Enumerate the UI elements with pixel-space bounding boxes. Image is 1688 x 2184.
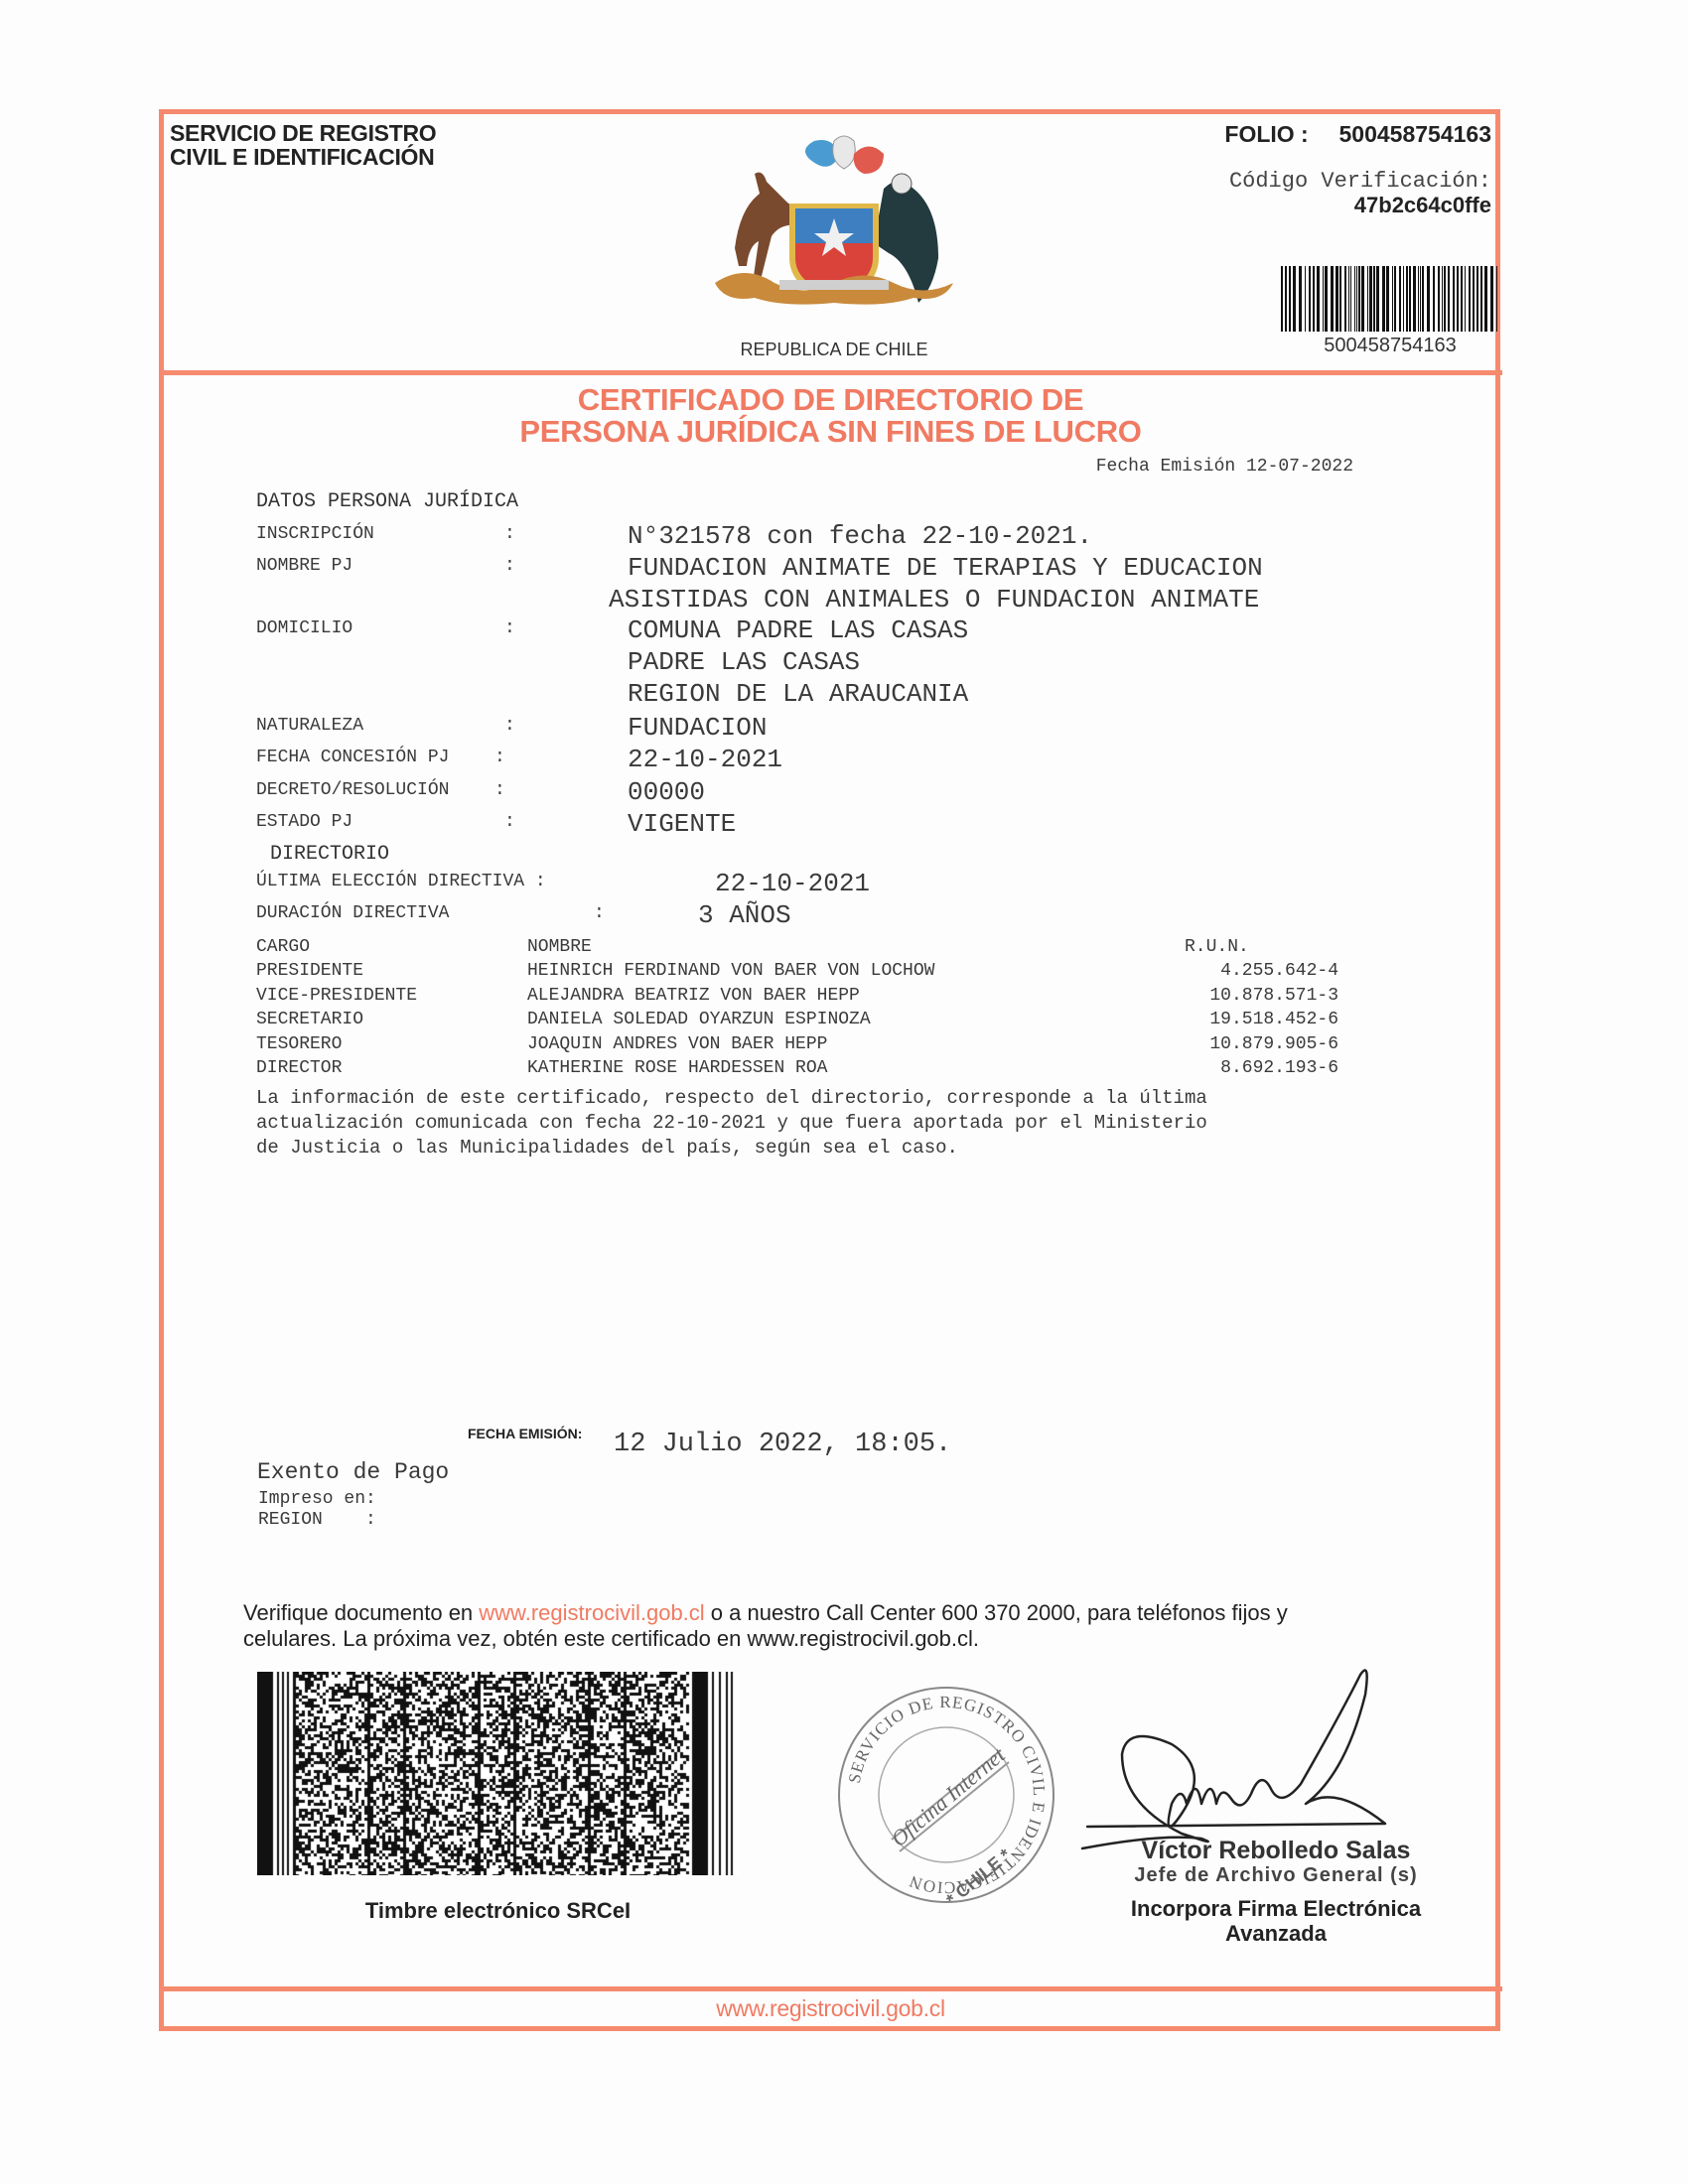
member-cargo: SECRETARIO xyxy=(256,1010,363,1029)
col-cargo: CARGO xyxy=(256,937,310,957)
title-line-2: PERSONA JURÍDICA SIN FINES DE LUCRO xyxy=(159,416,1502,448)
verification-label: Código Verificación: xyxy=(1229,169,1491,194)
duracion-label: DURACIÓN DIRECTIVA xyxy=(256,903,449,923)
field-separator: : xyxy=(504,556,515,576)
verify-suffix: o a nuestro Call Center 600 370 2000, pa… xyxy=(705,1600,1288,1625)
barcode-number: 500458754163 xyxy=(1281,335,1499,357)
region-label: REGION : xyxy=(258,1510,376,1530)
chile-coat-of-arms-icon xyxy=(695,129,973,328)
field-separator: : xyxy=(504,716,515,736)
signer-role: Jefe de Archivo General (s) xyxy=(1072,1864,1479,1887)
title-line-1: CERTIFICADO DE DIRECTORIO DE xyxy=(159,384,1502,416)
field-separator: : xyxy=(504,524,515,544)
field-separator: : xyxy=(504,812,515,832)
directorio-section-title: DIRECTORIO xyxy=(270,843,389,866)
emission-value: 12 Julio 2022, 18:05. xyxy=(614,1430,951,1459)
country-label: REPUBLICA DE CHILE xyxy=(695,340,973,360)
field-label: FECHA CONCESIÓN PJ xyxy=(256,748,449,767)
field-label: NATURALEZA xyxy=(256,716,363,736)
exento-label: Exento de Pago xyxy=(257,1459,449,1485)
folio-value: 500458754163 xyxy=(1339,121,1492,147)
member-run: 4.255.642-4 xyxy=(1220,961,1338,981)
oficina-internet-seal-icon: SERVICIO DE REGISTRO CIVIL E IDENTIFICAC… xyxy=(832,1681,1060,1909)
issuer-line-2: CIVIL E IDENTIFICACIÓN xyxy=(170,145,436,169)
col-nombre: NOMBRE xyxy=(527,937,592,957)
svg-text:Oficina Internet: Oficina Internet xyxy=(887,1741,1011,1850)
member-nombre: HEINRICH FERDINAND VON BAER VON LOCHOW xyxy=(527,961,934,981)
electronic-stamp-barcode xyxy=(257,1672,739,1875)
field-label: DOMICILIO xyxy=(256,618,352,638)
member-cargo: VICE-PRESIDENTE xyxy=(256,986,417,1006)
folio: FOLIO : 500458754163 xyxy=(1224,121,1491,148)
emission-label: FECHA EMISIÓN: xyxy=(468,1426,582,1441)
field-value: 22-10-2021 xyxy=(628,745,782,774)
field-label: ESTADO PJ xyxy=(256,812,352,832)
field-label: NOMBRE PJ xyxy=(256,556,352,576)
field-value: COMUNA PADRE LAS CASAS xyxy=(628,615,968,645)
member-run: 8.692.193-6 xyxy=(1220,1058,1338,1078)
field-value: FUNDACION ANIMATE DE TERAPIAS Y EDUCACIO… xyxy=(628,553,1263,583)
verify-line-2: celulares. La próxima vez, obtén este ce… xyxy=(243,1626,1465,1652)
verify-link[interactable]: www.registrocivil.gob.cl xyxy=(479,1600,704,1625)
field-label: INSCRIPCIÓN xyxy=(256,524,374,544)
col-run: R.U.N. xyxy=(1185,937,1249,957)
footer-divider xyxy=(159,1986,1502,1991)
member-cargo: PRESIDENTE xyxy=(256,961,363,981)
member-cargo: DIRECTOR xyxy=(256,1058,342,1078)
field-value: N°321578 con fecha 22-10-2021. xyxy=(628,521,1092,551)
member-nombre: JOAQUIN ANDRES VON BAER HEPP xyxy=(527,1034,827,1054)
issuer-name: SERVICIO DE REGISTRO CIVIL E IDENTIFICAC… xyxy=(170,121,436,169)
field-value: ASISTIDAS CON ANIMALES O FUNDACION ANIMA… xyxy=(609,585,1259,614)
note-line: de Justicia o las Municipalidades del pa… xyxy=(256,1136,1207,1160)
member-cargo: TESORERO xyxy=(256,1034,342,1054)
firma-electronica-note: Incorpora Firma Electrónica Avanzada xyxy=(1072,1896,1479,1946)
member-run: 19.518.452-6 xyxy=(1209,1010,1338,1029)
directorio-note: La información de este certificado, resp… xyxy=(256,1086,1207,1160)
datos-section-title: DATOS PERSONA JURÍDICA xyxy=(256,490,518,513)
field-value: PADRE LAS CASAS xyxy=(628,647,860,677)
duracion-value: 3 AÑOS xyxy=(698,900,791,930)
field-value: 00000 xyxy=(628,777,705,807)
issuer-line-1: SERVICIO DE REGISTRO xyxy=(170,121,436,145)
firma-line-1: Incorpora Firma Electrónica xyxy=(1072,1896,1479,1921)
signer-name: Víctor Rebolledo Salas xyxy=(1072,1837,1479,1865)
member-nombre: KATHERINE ROSE HARDESSEN ROA xyxy=(527,1058,827,1078)
firma-line-2: Avanzada xyxy=(1072,1921,1479,1946)
verification-code: 47b2c64c0ffe xyxy=(1354,193,1491,218)
member-nombre: DANIELA SOLEDAD OYARZUN ESPINOZA xyxy=(527,1010,871,1029)
field-separator: : xyxy=(504,618,515,638)
impreso-label: Impreso en: xyxy=(258,1489,376,1509)
note-line: actualización comunicada con fecha 22-10… xyxy=(256,1111,1207,1136)
header-divider xyxy=(159,370,1502,375)
field-value: REGION DE LA ARAUCANIA xyxy=(628,679,968,709)
verify-prefix: Verifique documento en xyxy=(243,1600,479,1625)
footer-url-link[interactable]: www.registrocivil.gob.cl xyxy=(159,1995,1502,2022)
ultima-eleccion-value: 22-10-2021 xyxy=(715,869,870,898)
field-separator: : xyxy=(494,780,505,800)
duracion-sep: : xyxy=(594,903,605,923)
folio-barcode xyxy=(1281,266,1499,332)
field-separator: : xyxy=(494,748,505,767)
field-value: FUNDACION xyxy=(628,713,767,743)
member-nombre: ALEJANDRA BEATRIZ VON BAER HEPP xyxy=(527,986,860,1006)
certificate-title: CERTIFICADO DE DIRECTORIO DE PERSONA JUR… xyxy=(159,384,1502,448)
ultima-eleccion-label: ÚLTIMA ELECCIÓN DIRECTIVA : xyxy=(256,872,546,891)
verify-text: Verifique documento en www.registrocivil… xyxy=(243,1600,1465,1652)
member-run: 10.878.571-3 xyxy=(1209,986,1338,1006)
folio-label: FOLIO : xyxy=(1224,121,1308,147)
note-line: La información de este certificado, resp… xyxy=(256,1086,1207,1111)
field-value: VIGENTE xyxy=(628,809,736,839)
timbre-label: Timbre electrónico SRCeI xyxy=(257,1898,739,1924)
field-label: DECRETO/RESOLUCIÓN xyxy=(256,780,449,800)
member-run: 10.879.905-6 xyxy=(1209,1034,1338,1054)
issue-date: Fecha Emisión 12-07-2022 xyxy=(1096,457,1353,477)
